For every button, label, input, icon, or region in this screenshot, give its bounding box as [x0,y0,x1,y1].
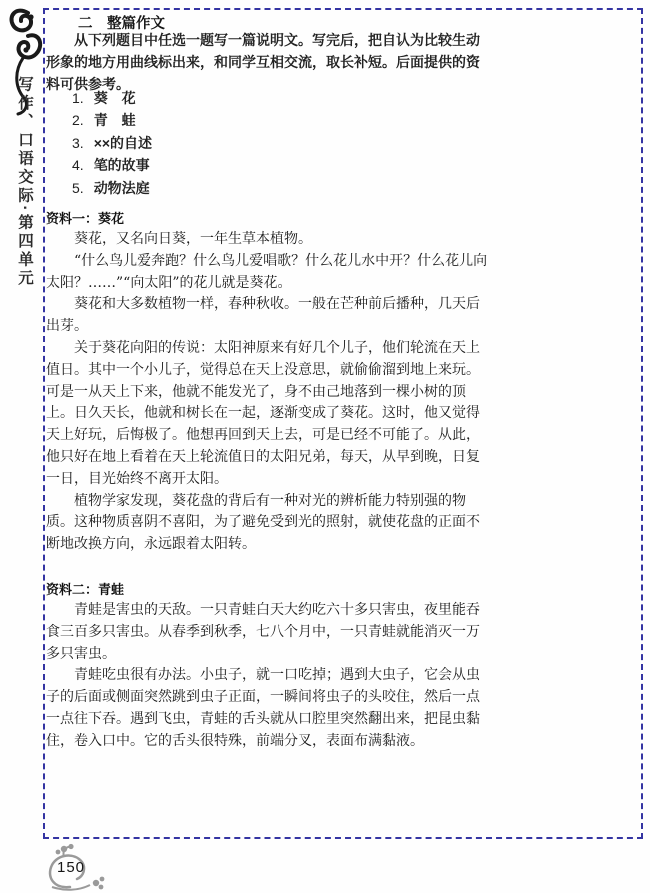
material2-heading: 资料二：青蛙 [46,579,124,598]
topic-item-5: 5.动物法庭 [72,178,152,200]
material1-heading: 资料一：葵花 [46,208,124,227]
topic-item-4: 4.笔的故事 [72,155,152,177]
topic-number: 2. [72,112,84,128]
topic-number: 5. [72,180,84,196]
topic-item-2: 2.青 蛙 [72,110,152,132]
topic-item-1: 1.葵 花 [72,88,152,110]
topic-label: 笔的故事 [94,157,150,173]
topic-number: 3. [72,135,84,151]
topic-number: 1. [72,90,84,106]
material2-body: 青蛙是害虫的天敌。一只青蛙白天大约吃六十多只害虫，夜里能吞食三百多只害虫。从春季… [46,600,489,753]
material1-paragraph: 关于葵花向阳的传说：太阳神原来有好几个儿子，他们轮流在天上值日。其中一个小儿子，… [46,338,489,491]
material1-paragraph: 葵花，又名向日葵，一年生草本植物。 [46,229,489,251]
topic-label: 葵 花 [94,90,136,106]
topic-item-3: 3.××的自述 [72,133,152,155]
material1-paragraph: 植物学家发现，葵花盘的背后有一种对光的辨析能力特别强的物质。这种物质喜阴不喜阳，… [46,491,489,556]
page-number: 150 [57,859,85,876]
sidebar-unit-label: 写作、口语交际·第四单元 [13,76,35,288]
book-page: 写作、口语交际·第四单元 二 整篇作文 从下列题目中任选一题写一篇说明文。写完后… [0,0,650,893]
content-column: 二 整篇作文 从下列题目中任选一题写一篇说明文。写完后，把自认为比较生动形象的地… [46,8,492,832]
topic-list: 1.葵 花 2.青 蛙 3.××的自述 4.笔的故事 5.动物法庭 [72,88,152,200]
material2-paragraph: 青蛙吃虫很有办法。小虫子，就一口吃掉；遇到大虫子，它会从虫子的后面或侧面突然跳到… [46,665,489,752]
material1-paragraph: 葵花和大多数植物一样，春种秋收。一般在芒种前后播种，几天后出芽。 [46,294,489,338]
topic-number: 4. [72,157,84,173]
material1-paragraph: “什么鸟儿爱奔跑？什么鸟儿爱唱歌？什么花儿水中开？什么花儿向太阳？……”“向太阳… [46,251,489,295]
exercise-instructions: 从下列题目中任选一题写一篇说明文。写完后，把自认为比较生动形象的地方用曲线标出来… [46,29,486,95]
material2-paragraph: 青蛙是害虫的天敌。一只青蛙白天大约吃六十多只害虫，夜里能吞食三百多只害虫。从春季… [46,600,489,665]
topic-label: 动物法庭 [94,180,150,196]
material1-body: 葵花，又名向日葵，一年生草本植物。 “什么鸟儿爱奔跑？什么鸟儿爱唱歌？什么花儿水… [46,229,489,556]
topic-label: ××的自述 [94,135,152,151]
topic-label: 青 蛙 [94,112,136,128]
